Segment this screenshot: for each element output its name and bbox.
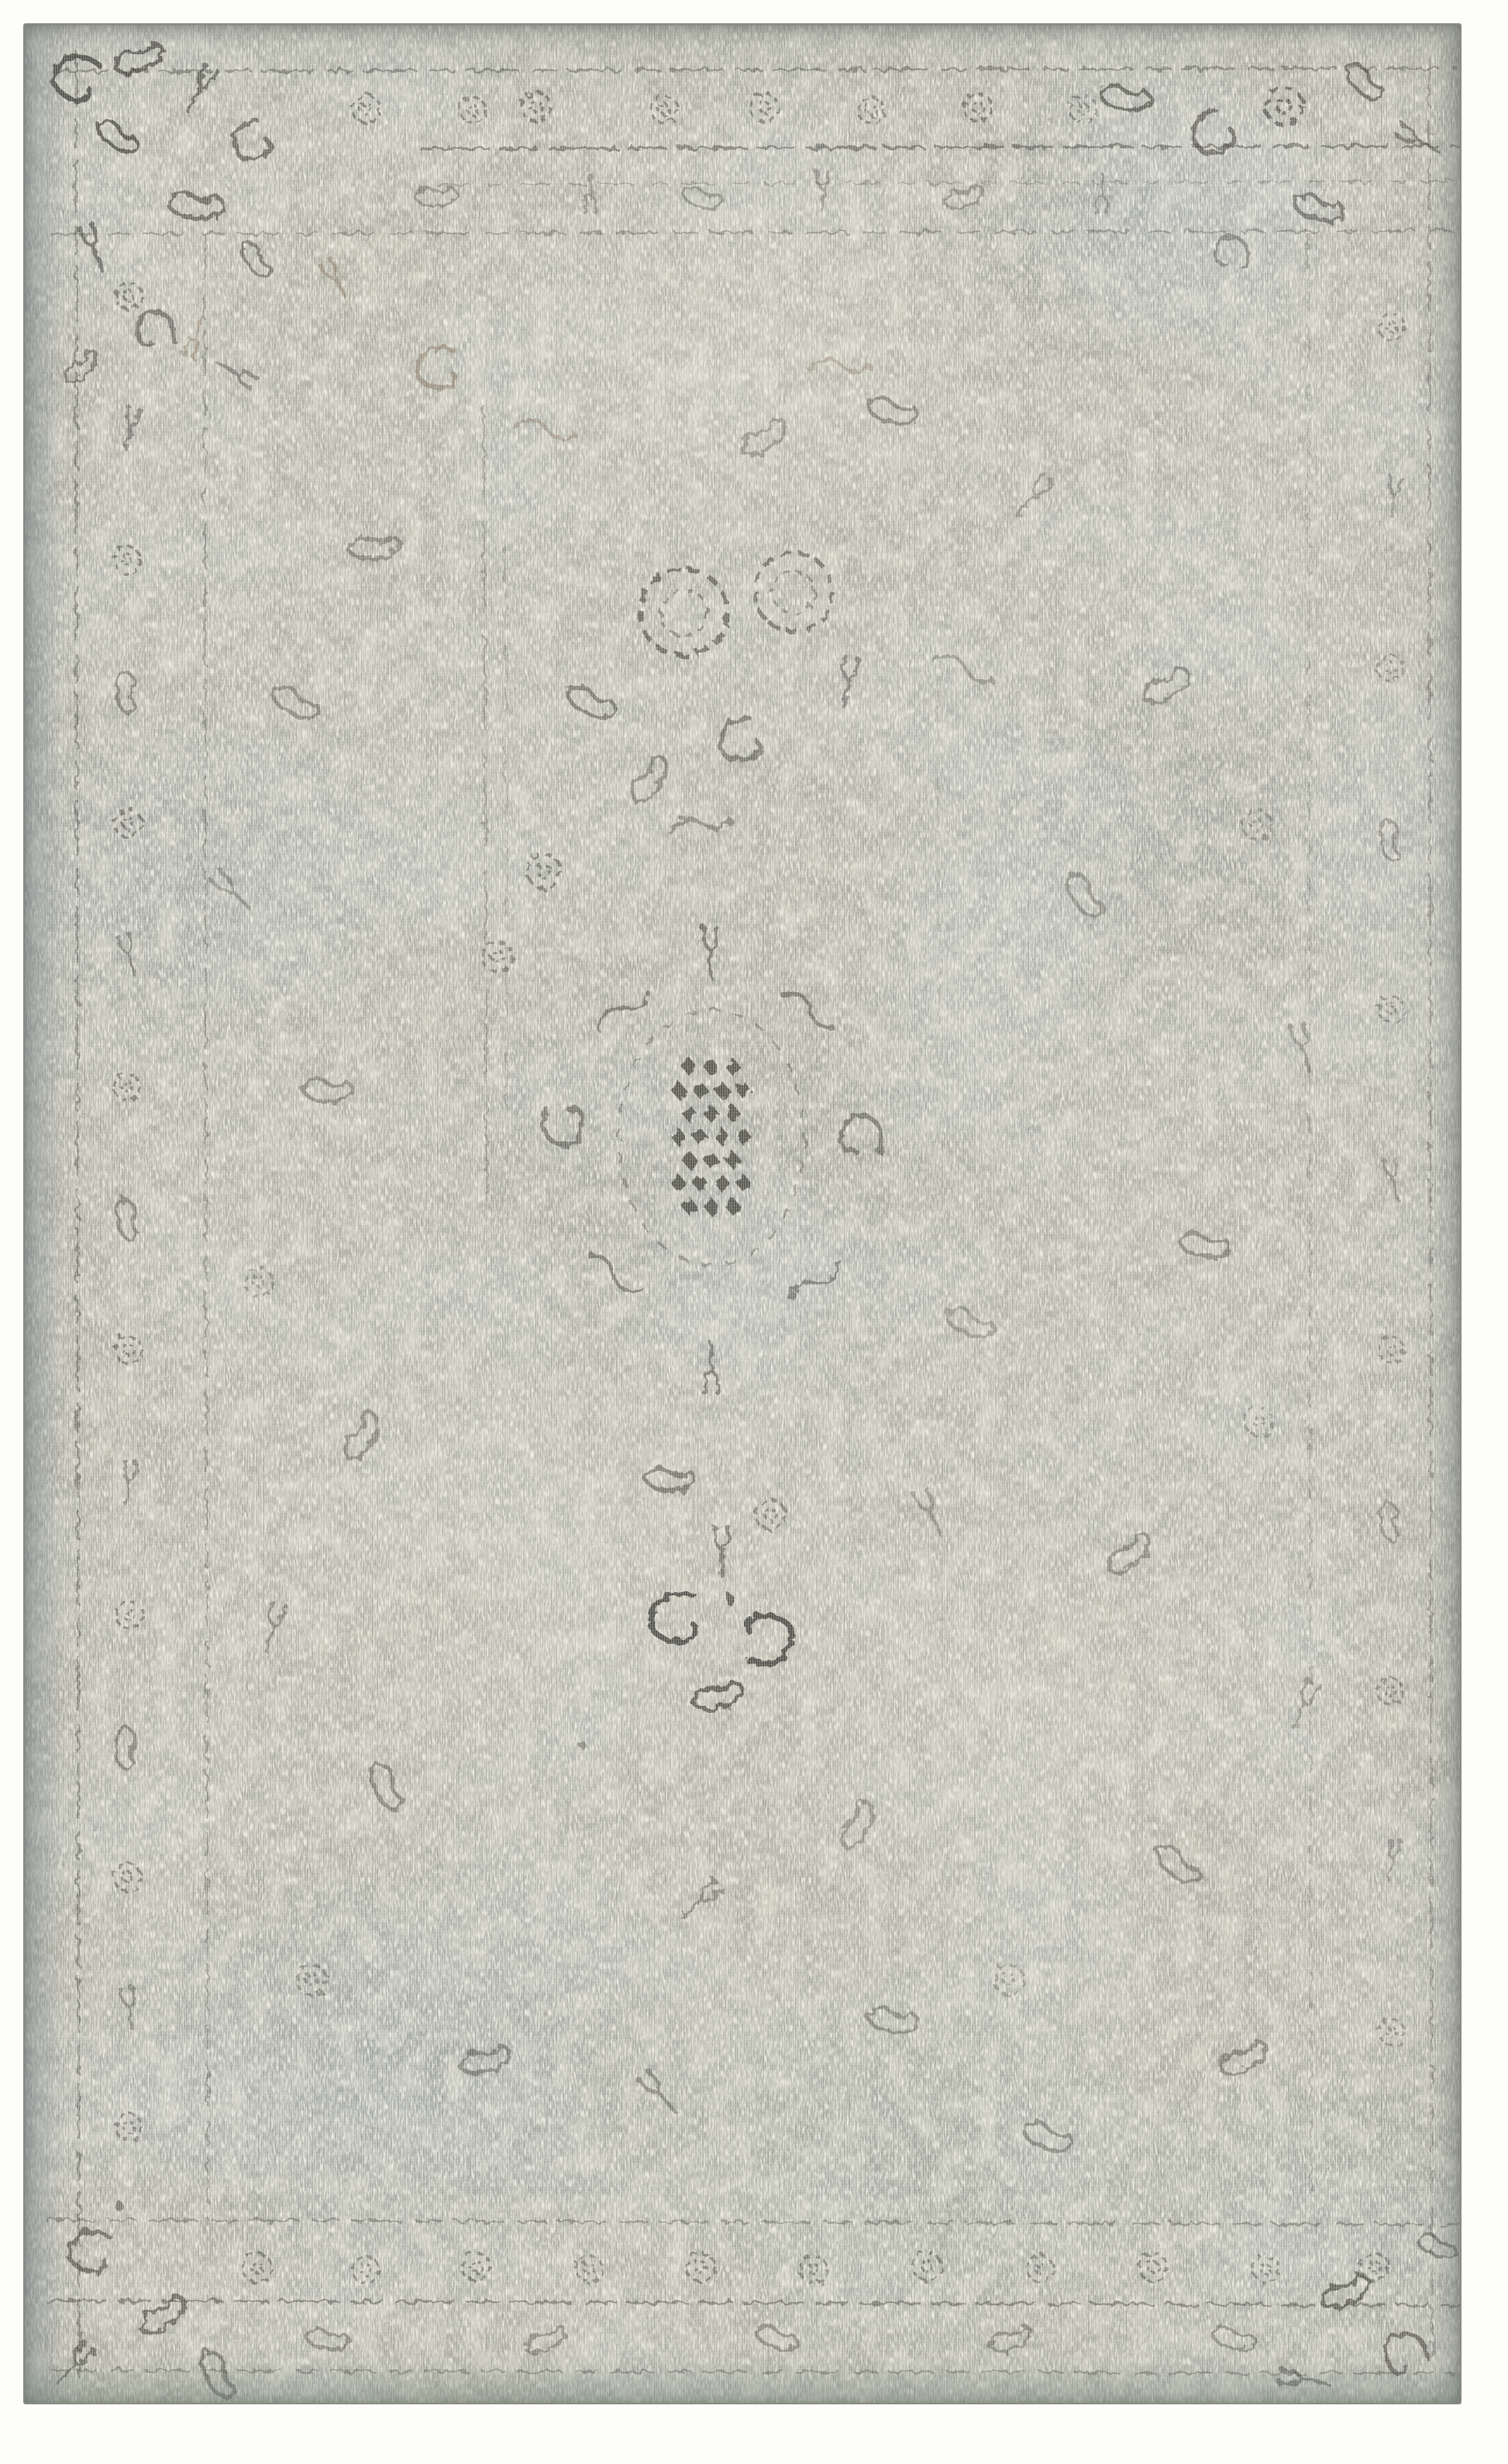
- rug-vignette: [25, 25, 1460, 2403]
- photo-background: [0, 0, 1508, 2464]
- rug: [23, 23, 1462, 2404]
